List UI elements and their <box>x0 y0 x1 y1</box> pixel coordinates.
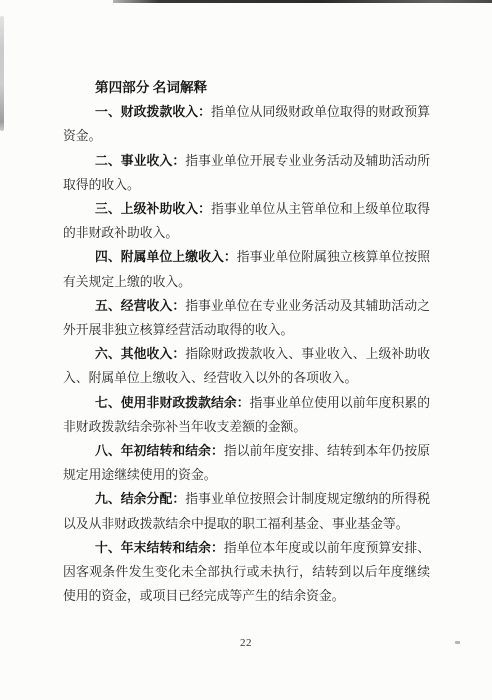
glossary-paragraphs: 一、财政拨款收入：指单位从同级财政单位取得的财政预算资金。二、事业收入：指事业单… <box>63 100 430 608</box>
scanned-document-page: 第四部分 名词解释 一、财政拨款收入：指单位从同级财政单位取得的财政预算资金。二… <box>0 0 492 700</box>
glossary-term: 七、使用非财政拨款结余： <box>95 396 250 410</box>
glossary-term: 九、结余分配： <box>95 492 185 506</box>
glossary-paragraph: 十、年末结转和结余：指单位本年度或以前年度预算安排、因客观条件发生变化未全部执行… <box>63 536 430 609</box>
glossary-paragraph: 八、年初结转和结余：指以前年度安排、结转到本年仍按原规定用途继续使用的资金。 <box>63 439 430 487</box>
glossary-term: 一、财政拨款收入： <box>95 105 211 119</box>
glossary-term: 十、年末结转和结余： <box>95 541 224 555</box>
glossary-paragraph: 二、事业收入：指事业单位开展专业业务活动及辅助活动所取得的收入。 <box>63 149 430 197</box>
glossary-paragraph: 五、经营收入：指事业单位在专业业务活动及其辅助活动之外开展非独立核算经营活动取得… <box>63 294 430 342</box>
document-content: 第四部分 名词解释 一、财政拨款收入：指单位从同级财政单位取得的财政预算资金。二… <box>63 76 430 608</box>
page-number: 22 <box>0 637 492 649</box>
glossary-paragraph: 六、其他收入：指除财政拨款收入、事业收入、上级补助收入、附属单位上缴收入、经营收… <box>63 342 430 390</box>
glossary-term: 五、经营收入： <box>95 299 185 313</box>
glossary-paragraph: 七、使用非财政拨款结余：指事业单位使用以前年度积累的非财政拨款结余弥补当年收支差… <box>63 391 430 439</box>
glossary-paragraph: 四、附属单位上缴收入：指事业单位附属独立核算单位按照有关规定上缴的收入。 <box>63 245 430 293</box>
glossary-term: 二、事业收入： <box>95 154 185 168</box>
section-heading: 第四部分 名词解释 <box>63 76 430 100</box>
glossary-paragraph: 三、上级补助收入：指事业单位从主管单位和上级单位取得的非财政补助收入。 <box>63 197 430 245</box>
glossary-term: 四、附属单位上缴收入： <box>95 250 237 264</box>
glossary-term: 三、上级补助收入： <box>95 202 211 216</box>
glossary-term: 八、年初结转和结余： <box>95 444 224 458</box>
glossary-paragraph: 一、财政拨款收入：指单位从同级财政单位取得的财政预算资金。 <box>63 100 430 148</box>
scan-artifact-left-smudge <box>0 16 4 131</box>
glossary-paragraph: 九、结余分配：指事业单位按照会计制度规定缴纳的所得税以及从非财政拨款结余中提取的… <box>63 487 430 535</box>
scan-artifact-top-line <box>113 0 492 3</box>
glossary-term: 六、其他收入： <box>95 347 185 361</box>
